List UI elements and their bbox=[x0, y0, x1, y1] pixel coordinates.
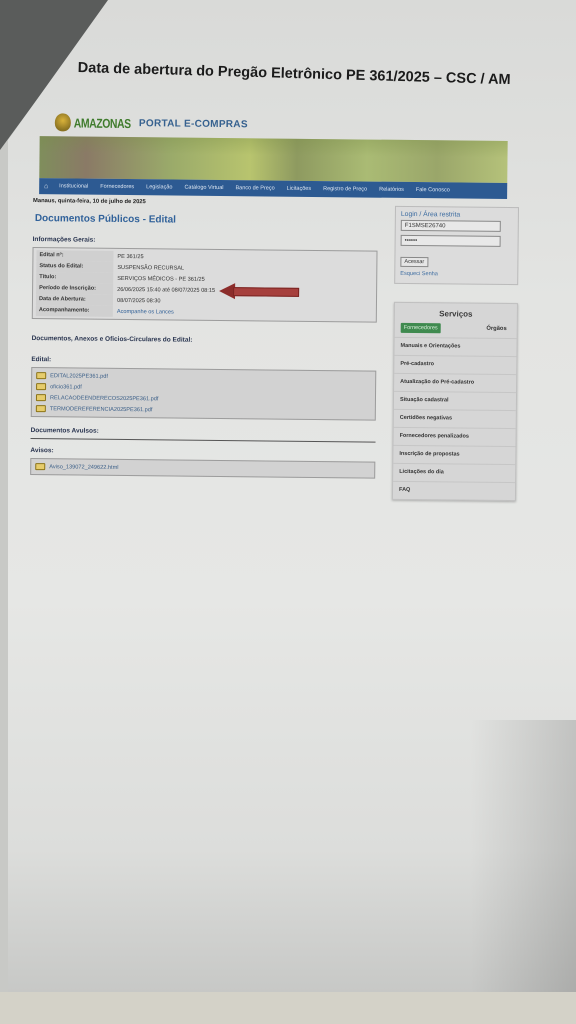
nav-item-licitacoes[interactable]: Licitações bbox=[281, 186, 318, 192]
services-panel: Serviços Fornecedores Órgãos Manuais e O… bbox=[392, 302, 518, 501]
avisos-files-list: Aviso_139072_249622.html bbox=[30, 458, 375, 479]
file-name[interactable]: Aviso_139072_249622.html bbox=[49, 464, 118, 471]
login-title: Login / Área restrita bbox=[401, 211, 513, 219]
folder-icon bbox=[35, 463, 45, 470]
nav-item-institucional[interactable]: Institucional bbox=[53, 183, 94, 189]
file-name[interactable]: oficio361.pdf bbox=[50, 384, 82, 390]
nav-item-registro-de-preco[interactable]: Registro de Preço bbox=[317, 186, 373, 193]
info-label: Data de Abertura: bbox=[36, 294, 113, 306]
follow-bids-link[interactable]: Acompanhe os Lances bbox=[113, 308, 174, 315]
paper-shadow bbox=[470, 720, 576, 992]
documents-heading: Documentos, Anexos e Oficios-Circulares … bbox=[32, 335, 377, 346]
brand-portal-title: PORTAL E-COMPRAS bbox=[139, 118, 248, 130]
sidebar: Login / Área restrita F1SMSE26740 ••••••… bbox=[392, 206, 519, 501]
service-item[interactable]: Situação cadastral bbox=[394, 391, 516, 410]
nav-item-banco-de-preco[interactable]: Banco de Preço bbox=[229, 185, 280, 192]
service-item[interactable]: Certidões negativas bbox=[394, 409, 516, 428]
file-link[interactable]: Aviso_139072_249622.html bbox=[35, 461, 370, 476]
folder-icon bbox=[36, 394, 46, 401]
tab-fornecedores[interactable]: Fornecedores bbox=[401, 323, 441, 333]
avisos-heading: Avisos: bbox=[30, 447, 375, 458]
services-tabs: Fornecedores Órgãos bbox=[395, 323, 517, 338]
home-icon[interactable]: ⌂ bbox=[39, 178, 53, 194]
annotation-arrow-icon bbox=[219, 283, 299, 298]
nav-item-fornecedores[interactable]: Fornecedores bbox=[94, 184, 140, 190]
portal-page-printout: AMAZONAS PORTAL E-COMPRAS ⌂ Instituciona… bbox=[26, 108, 520, 501]
service-item[interactable]: FAQ bbox=[393, 481, 515, 500]
service-item[interactable]: Licitações do dia bbox=[393, 463, 515, 482]
password-field[interactable]: •••••• bbox=[401, 235, 501, 247]
brand-name: AMAZONAS bbox=[74, 115, 131, 131]
nav-item-relatorios[interactable]: Relatórios bbox=[373, 187, 410, 193]
general-info-heading: Informações Gerais: bbox=[33, 236, 378, 247]
info-value: 26/06/2025 15:40 até 08/07/2025 08:15 bbox=[113, 286, 215, 293]
info-value: SERVIÇOS MÉDICOS - PE 361/25 bbox=[113, 275, 205, 282]
status-value: SUSPENSÃO RECURSAL bbox=[113, 264, 184, 271]
amazonas-crest-icon bbox=[55, 113, 71, 131]
main-content: Documentos Públicos - Edital Informações… bbox=[26, 208, 378, 500]
folder-icon bbox=[36, 372, 46, 379]
tab-orgaos[interactable]: Órgãos bbox=[486, 326, 506, 332]
folder-icon bbox=[36, 383, 46, 390]
edital-files-list: EDITAL2025PE361.pdf oficio361.pdf RELACA… bbox=[31, 367, 377, 421]
nav-item-fale-conosco[interactable]: Fale Conosco bbox=[410, 187, 456, 193]
info-label: Edital nº: bbox=[36, 250, 113, 262]
info-label: Status do Edital: bbox=[36, 261, 113, 273]
info-label: Acompanhamento: bbox=[36, 305, 113, 317]
file-name[interactable]: TERMODEREFERENCIA2025PE361.pdf bbox=[50, 406, 153, 413]
login-panel: Login / Área restrita F1SMSE26740 ••••••… bbox=[394, 206, 519, 285]
file-name[interactable]: EDITAL2025PE361.pdf bbox=[50, 373, 108, 380]
service-item[interactable]: Manuais e Orientações bbox=[394, 337, 516, 356]
info-row-acompanhamento: Acompanhamento: Acompanhe os Lances bbox=[36, 305, 373, 320]
forgot-password-link[interactable]: Esqueci Senha bbox=[400, 271, 512, 278]
table-surface bbox=[0, 992, 576, 1024]
nav-item-catalogo-virtual[interactable]: Catálogo Virtual bbox=[178, 185, 229, 192]
service-item[interactable]: Fornecedores penalizados bbox=[393, 427, 515, 446]
service-item[interactable]: Inscrição de propostas bbox=[393, 445, 515, 464]
general-info-table: Edital nº: PE 361/25 Status do Edital: S… bbox=[32, 247, 378, 323]
page-title: Documentos Públicos - Edital bbox=[35, 213, 378, 228]
service-item[interactable]: Pré-cadastro bbox=[394, 355, 516, 374]
service-item[interactable]: Atualização do Pré-cadastro bbox=[394, 373, 516, 392]
nav-item-legislacao[interactable]: Legislação bbox=[140, 184, 178, 190]
header-banner-image bbox=[39, 136, 507, 183]
info-label: Período de Inscrição: bbox=[36, 283, 113, 295]
login-submit-button[interactable]: Acessar bbox=[400, 257, 428, 267]
username-field[interactable]: F1SMSE26740 bbox=[401, 220, 501, 232]
avulsos-heading: Documentos Avulsos: bbox=[31, 427, 376, 438]
file-name[interactable]: RELACAODEENDERECOS2025PE361.pdf bbox=[50, 395, 159, 402]
folder-icon bbox=[36, 405, 46, 412]
services-title: Serviços bbox=[395, 303, 517, 324]
info-value: PE 361/25 bbox=[113, 253, 143, 259]
info-value: 08/07/2025 08:30 bbox=[113, 297, 161, 303]
file-link[interactable]: TERMODEREFERENCIA2025PE361.pdf bbox=[36, 403, 371, 418]
info-label: Título: bbox=[36, 272, 113, 284]
edital-heading: Edital: bbox=[31, 356, 376, 367]
section-divider bbox=[31, 438, 376, 443]
